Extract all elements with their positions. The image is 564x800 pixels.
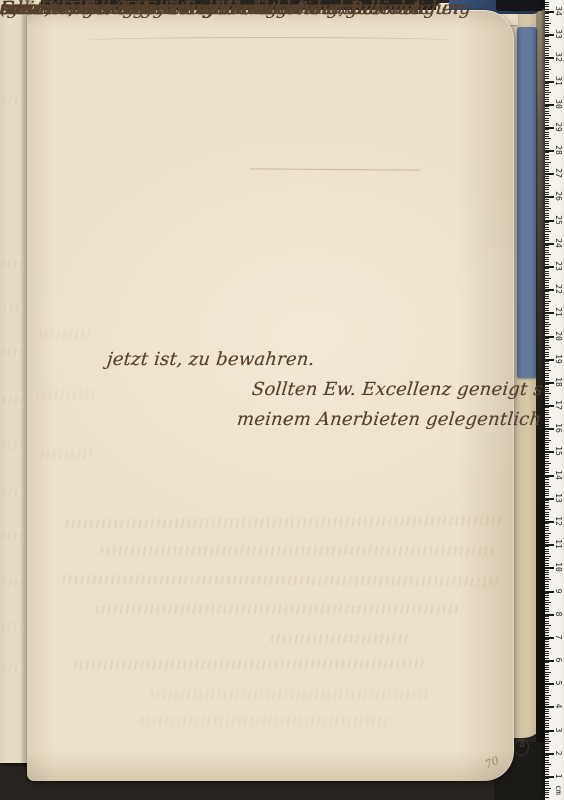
ruler-tick xyxy=(545,526,549,527)
ruler-tick xyxy=(545,472,549,473)
ruler-tick xyxy=(545,319,549,320)
ruler-tick xyxy=(545,702,549,703)
ruler-number: 11 xyxy=(553,538,563,550)
ruler-tick xyxy=(545,247,549,248)
ruler-tick xyxy=(545,234,549,235)
ruler-tick xyxy=(545,727,549,728)
ruler-tick xyxy=(545,250,549,251)
ruler-tick xyxy=(545,171,549,172)
ruler-tick xyxy=(545,326,549,327)
bleedthrough-line xyxy=(38,330,93,339)
ruler-tick xyxy=(545,159,549,160)
ruler-tick xyxy=(545,308,549,309)
ruler-tick xyxy=(545,556,551,557)
ruler-tick xyxy=(545,368,549,369)
ruler-tick xyxy=(545,676,549,677)
ruler-tick xyxy=(545,338,549,339)
ruler-tick xyxy=(545,157,549,158)
ruler-tick xyxy=(545,558,549,559)
ruler-tick xyxy=(545,90,549,91)
ruler-number: 4 xyxy=(553,700,563,712)
ruler-tick xyxy=(545,449,549,450)
ruler-tick xyxy=(545,514,549,515)
ruler-tick xyxy=(545,373,549,374)
ruler-tick xyxy=(545,540,549,541)
ruler-tick xyxy=(545,370,551,371)
bleedthrough-line xyxy=(65,516,505,528)
bleedthrough-line xyxy=(1,622,24,631)
ruler-tick xyxy=(545,261,549,262)
ruler-tick xyxy=(545,755,549,756)
ruler-tick xyxy=(545,199,549,200)
ruler-tick xyxy=(545,440,551,441)
ruler-number: 3 xyxy=(553,724,563,736)
ruler-tick xyxy=(545,87,549,88)
ruler-tick xyxy=(545,387,549,388)
ruler-tick xyxy=(545,101,549,102)
ruler-tick xyxy=(545,570,549,571)
bleedthrough-line xyxy=(2,396,23,405)
cm-ruler: 3433323130292827262524232221201918171615… xyxy=(545,0,564,800)
ruler-tick xyxy=(545,356,549,357)
ruler-tick xyxy=(545,152,549,153)
ruler-tick xyxy=(545,697,549,698)
ruler-tick xyxy=(545,46,551,47)
ruler-tick xyxy=(545,67,549,68)
ruler-tick xyxy=(545,692,549,693)
ruler-tick xyxy=(545,389,549,390)
bleedthrough-line xyxy=(73,659,428,670)
ruler-tick xyxy=(545,716,549,717)
ruler-tick xyxy=(545,553,549,554)
ruler-tick xyxy=(545,444,549,445)
ruler-tick xyxy=(545,565,549,566)
ruler-tick xyxy=(545,30,549,31)
ruler-tick xyxy=(545,134,549,135)
ruler-tick xyxy=(545,542,549,543)
ruler-tick xyxy=(545,210,549,211)
ruler-tick xyxy=(545,588,549,589)
ruler-tick xyxy=(545,92,551,93)
ruler-tick xyxy=(545,400,549,401)
ruler-number: 14 xyxy=(553,469,563,481)
ruler-tick xyxy=(545,581,549,582)
bleedthrough-line xyxy=(40,450,95,459)
ruler-tick xyxy=(545,39,549,40)
ruler-number: 2 xyxy=(553,747,563,759)
ruler-tick xyxy=(545,178,549,179)
ruler-number: 31 xyxy=(553,75,563,87)
ruler-tick xyxy=(545,317,549,318)
ruler-tick xyxy=(545,396,549,397)
ruler-tick xyxy=(545,447,549,448)
ruler-tick xyxy=(545,461,549,462)
ruler-tick xyxy=(545,329,549,330)
binding-cloth-black xyxy=(496,0,545,11)
ruler-tick xyxy=(545,648,551,649)
ruler-tick xyxy=(545,192,549,193)
ruler-tick xyxy=(545,99,549,100)
ruler-tick xyxy=(545,169,549,170)
ruler-tick xyxy=(545,69,551,70)
ruler-number: 10 xyxy=(553,561,563,573)
ruler-tick xyxy=(545,71,549,72)
bleedthrough-line xyxy=(270,634,410,643)
ruler-tick xyxy=(545,537,549,538)
ruler-number: 23 xyxy=(553,260,563,272)
ruler-tick xyxy=(545,384,549,385)
ruler-tick xyxy=(545,533,551,534)
ruler-number: 26 xyxy=(553,190,563,202)
ruler-tick xyxy=(545,560,549,561)
ruler-tick xyxy=(545,13,549,14)
ruler-tick xyxy=(545,201,549,202)
ruler-tick xyxy=(545,32,549,33)
ruler-tick xyxy=(545,229,549,230)
ruler-tick xyxy=(545,512,549,513)
ruler-tick xyxy=(545,9,549,10)
ruler-tick xyxy=(545,699,549,700)
ruler-tick xyxy=(545,750,549,751)
ruler-tick xyxy=(545,797,549,798)
ruler-tick xyxy=(545,549,549,550)
ruler-tick xyxy=(545,410,549,411)
ruler-tick xyxy=(545,709,549,710)
ruler-tick xyxy=(545,18,549,19)
ruler-tick xyxy=(545,651,549,652)
ruler-tick xyxy=(545,785,549,786)
ruler-tick xyxy=(545,301,551,302)
ruler-tick xyxy=(545,366,549,367)
bleedthrough-line xyxy=(2,578,23,587)
ruler-tick xyxy=(545,363,549,364)
ruler-tick xyxy=(545,122,549,123)
ruler-tick xyxy=(545,4,549,5)
ruler-tick xyxy=(545,141,549,142)
ruler-tick xyxy=(545,94,549,95)
ruler-tick xyxy=(545,391,549,392)
ruler-tick xyxy=(545,737,549,738)
ruler-tick xyxy=(545,375,549,376)
ruler-tick xyxy=(545,454,549,455)
bleedthrough-line xyxy=(1,260,25,269)
ruler-tick xyxy=(545,686,549,687)
ruler-tick xyxy=(545,509,551,510)
ruler-number: 17 xyxy=(553,399,563,411)
ruler-tick xyxy=(545,23,551,24)
ruler-number: 25 xyxy=(553,214,563,226)
bleedthrough-line xyxy=(36,390,96,399)
ruler-tick xyxy=(545,743,549,744)
ruler-tick xyxy=(545,611,549,612)
ruler-tick xyxy=(545,465,549,466)
bleedthrough-line xyxy=(1,441,25,450)
ruler-tick xyxy=(545,681,549,682)
ruler-tick xyxy=(545,586,549,587)
ruler-tick xyxy=(545,125,549,126)
handwritten-line: meinem Anerbieten gelegentlich näher zu … xyxy=(236,411,564,429)
ruler-tick xyxy=(545,771,549,772)
ruler-tick xyxy=(545,746,549,747)
ruler-tick xyxy=(545,431,549,432)
ruler-tick xyxy=(545,762,549,763)
ruler-tick xyxy=(545,111,549,112)
ruler-tick xyxy=(545,760,549,761)
ruler-number: 15 xyxy=(553,445,563,457)
ruler-tick xyxy=(545,224,549,225)
ruler-tick xyxy=(545,519,549,520)
ruler-tick xyxy=(545,393,551,394)
ruler-tick xyxy=(545,424,549,425)
ruler-tick xyxy=(545,704,549,705)
bleedthrough-line xyxy=(95,605,460,614)
ruler-number: 32 xyxy=(553,51,563,63)
ruler-tick xyxy=(545,574,549,575)
ruler-tick xyxy=(545,349,549,350)
ruler-tick xyxy=(545,783,549,784)
ruler-tick xyxy=(545,479,549,480)
ruler-number: 21 xyxy=(553,306,563,318)
ruler-tick xyxy=(545,672,551,673)
ruler-tick xyxy=(545,398,549,399)
ruler-tick xyxy=(545,778,549,779)
ruler-tick xyxy=(545,64,549,65)
ruler-tick xyxy=(545,74,549,75)
ruler-number: 19 xyxy=(553,353,563,365)
ruler-tick xyxy=(545,502,549,503)
ruler-tick xyxy=(545,563,549,564)
ruler-tick xyxy=(545,732,549,733)
ruler-number: 16 xyxy=(553,422,563,434)
bleedthrough-line xyxy=(2,95,24,104)
ruler-tick xyxy=(545,236,549,237)
ruler-tick xyxy=(545,623,549,624)
ruler-tick xyxy=(545,380,549,381)
ruler-tick xyxy=(545,579,551,580)
ruler-tick xyxy=(545,331,549,332)
ruler-tick xyxy=(545,769,549,770)
ruler-tick xyxy=(545,790,549,791)
ruler-number: 7 xyxy=(553,631,563,643)
ruler-tick xyxy=(545,625,551,626)
ruler-tick xyxy=(545,695,551,696)
ruler-tick xyxy=(545,217,549,218)
ruler-tick xyxy=(545,781,549,782)
ruler-tick xyxy=(545,484,549,485)
ruler-tick xyxy=(545,282,549,283)
ruler-tick xyxy=(545,468,549,469)
ruler-tick xyxy=(545,132,549,133)
ruler-tick xyxy=(545,187,549,188)
ruler-tick xyxy=(545,628,549,629)
ruler-tick xyxy=(545,632,549,633)
ruler-tick xyxy=(545,287,549,288)
ruler-tick xyxy=(545,310,549,311)
ruler-tick xyxy=(545,584,549,585)
ruler-tick xyxy=(545,27,549,28)
bleedthrough-line xyxy=(2,663,22,672)
ruler-tick xyxy=(545,208,551,209)
ruler-tick xyxy=(545,426,549,427)
ruler-tick xyxy=(545,333,549,334)
ruler-tick xyxy=(545,43,549,44)
ruler-tick xyxy=(545,97,549,98)
ruler-tick xyxy=(545,748,549,749)
ruler-tick xyxy=(545,530,549,531)
ruler-tick xyxy=(545,145,549,146)
ruler-tick xyxy=(545,278,551,279)
ruler-tick xyxy=(545,78,549,79)
ruler-tick xyxy=(545,136,549,137)
ruler-tick xyxy=(545,546,549,547)
ruler-tick xyxy=(545,305,549,306)
ruler-tick xyxy=(545,53,549,54)
ruler-tick xyxy=(545,275,549,276)
ruler-tick xyxy=(545,602,551,603)
handwritten-line signature-line: (gez.) Franz Leggerheide xyxy=(0,0,237,18)
ruler-tick xyxy=(545,257,549,258)
ruler-tick xyxy=(545,254,551,255)
scanned-manuscript-page: jetzt ist, zu bewahren. Sollten Ew. Exce… xyxy=(0,0,564,800)
ruler-tick xyxy=(545,285,549,286)
ruler-tick xyxy=(545,303,549,304)
ruler-tick xyxy=(545,600,549,601)
ruler-tick xyxy=(545,438,549,439)
bleedthrough-line xyxy=(150,690,430,699)
ruler-tick xyxy=(545,523,549,524)
ruler-tick xyxy=(545,155,549,156)
ruler-tick xyxy=(545,345,549,346)
bleedthrough-line xyxy=(3,302,23,311)
ruler-tick xyxy=(545,185,551,186)
ruler-tick xyxy=(545,252,549,253)
ruler-tick xyxy=(545,572,549,573)
ruler-tick xyxy=(545,20,549,21)
ruler-tick xyxy=(545,48,549,49)
ruler-tick xyxy=(545,641,549,642)
ruler-tick xyxy=(545,215,549,216)
ruler-tick xyxy=(545,25,549,26)
ruler-tick xyxy=(545,148,549,149)
ruler-tick xyxy=(545,108,549,109)
ruler-tick xyxy=(545,767,549,768)
ruler-tick xyxy=(545,273,549,274)
ruler-tick xyxy=(545,535,549,536)
ruler-tick xyxy=(545,268,549,269)
ruler-tick xyxy=(545,412,549,413)
ruler-tick xyxy=(545,653,549,654)
ruler-tick xyxy=(545,516,549,517)
ruler-tick xyxy=(545,76,549,77)
ruler-tick xyxy=(545,725,549,726)
ruler-tick xyxy=(545,324,551,325)
ruler-tick xyxy=(545,788,551,789)
ruler-tick xyxy=(545,106,549,107)
ruler-tick xyxy=(545,231,551,232)
ruler-tick xyxy=(545,347,551,348)
ruler-tick xyxy=(545,189,549,190)
ruler-tick xyxy=(545,271,549,272)
ruler-tick xyxy=(545,421,549,422)
ruler-tick xyxy=(545,206,549,207)
ruler-tick xyxy=(545,757,549,758)
bleedthrough-line xyxy=(1,347,24,356)
ruler-tick xyxy=(545,296,549,297)
ruler-tick xyxy=(545,55,549,56)
ruler-tick xyxy=(545,493,549,494)
ruler-number: 28 xyxy=(553,144,563,156)
ruler-tick xyxy=(545,433,549,434)
ruler-tick xyxy=(545,463,551,464)
ruler-tick xyxy=(545,639,549,640)
bleedthrough-line xyxy=(2,487,22,496)
ruler-number: 34 xyxy=(553,5,563,17)
ruler-tick xyxy=(545,16,549,17)
ruler-tick xyxy=(545,129,549,130)
ruler-tick xyxy=(545,741,551,742)
ruler-tick xyxy=(545,505,549,506)
ruler-tick xyxy=(545,489,549,490)
ruler-tick xyxy=(545,143,549,144)
ruler-tick xyxy=(545,630,549,631)
ruler-number: 20 xyxy=(553,330,563,342)
ruler-tick xyxy=(545,486,551,487)
ruler-tick xyxy=(545,551,549,552)
ruler-tick xyxy=(545,635,549,636)
ruler-tick xyxy=(545,667,549,668)
ruler-number: 27 xyxy=(553,167,563,179)
ruler-tick xyxy=(545,718,551,719)
ruler-number: 18 xyxy=(553,376,563,388)
ruler-tick xyxy=(545,609,549,610)
ruler-tick xyxy=(545,507,549,508)
ruler-tick xyxy=(545,470,549,471)
ruler-tick xyxy=(545,734,549,735)
ruler-tick xyxy=(545,352,549,353)
ruler-unit-label: cm xyxy=(553,784,563,796)
ruler-tick xyxy=(545,442,549,443)
ruler-tick xyxy=(545,414,549,415)
ruler-tick xyxy=(545,417,551,418)
ruler-tick xyxy=(545,294,549,295)
ruler-tick xyxy=(545,618,549,619)
ruler-tick xyxy=(545,711,549,712)
ruler-number: 6 xyxy=(553,654,563,666)
ruler-tick xyxy=(545,342,549,343)
ruler-tick xyxy=(545,688,549,689)
bleedthrough-line xyxy=(100,546,495,555)
ruler-tick xyxy=(545,674,549,675)
ruler-tick xyxy=(545,458,549,459)
ruler-tick xyxy=(545,669,549,670)
ruler-tick xyxy=(545,213,549,214)
ruler-tick xyxy=(545,315,549,316)
ruler-tick xyxy=(545,621,549,622)
ruler-tick xyxy=(545,245,549,246)
ruler-tick xyxy=(545,162,551,163)
ruler-tick xyxy=(545,407,549,408)
ruler-tick xyxy=(545,616,549,617)
ruler-tick xyxy=(545,259,549,260)
ruler-tick xyxy=(545,739,549,740)
ruler-tick xyxy=(545,377,549,378)
ruler-number: 29 xyxy=(553,121,563,133)
ruler-tick xyxy=(545,180,549,181)
ruler-tick xyxy=(545,238,549,239)
ruler-tick xyxy=(545,482,549,483)
ruler-tick xyxy=(545,118,549,119)
ruler-tick xyxy=(545,354,549,355)
